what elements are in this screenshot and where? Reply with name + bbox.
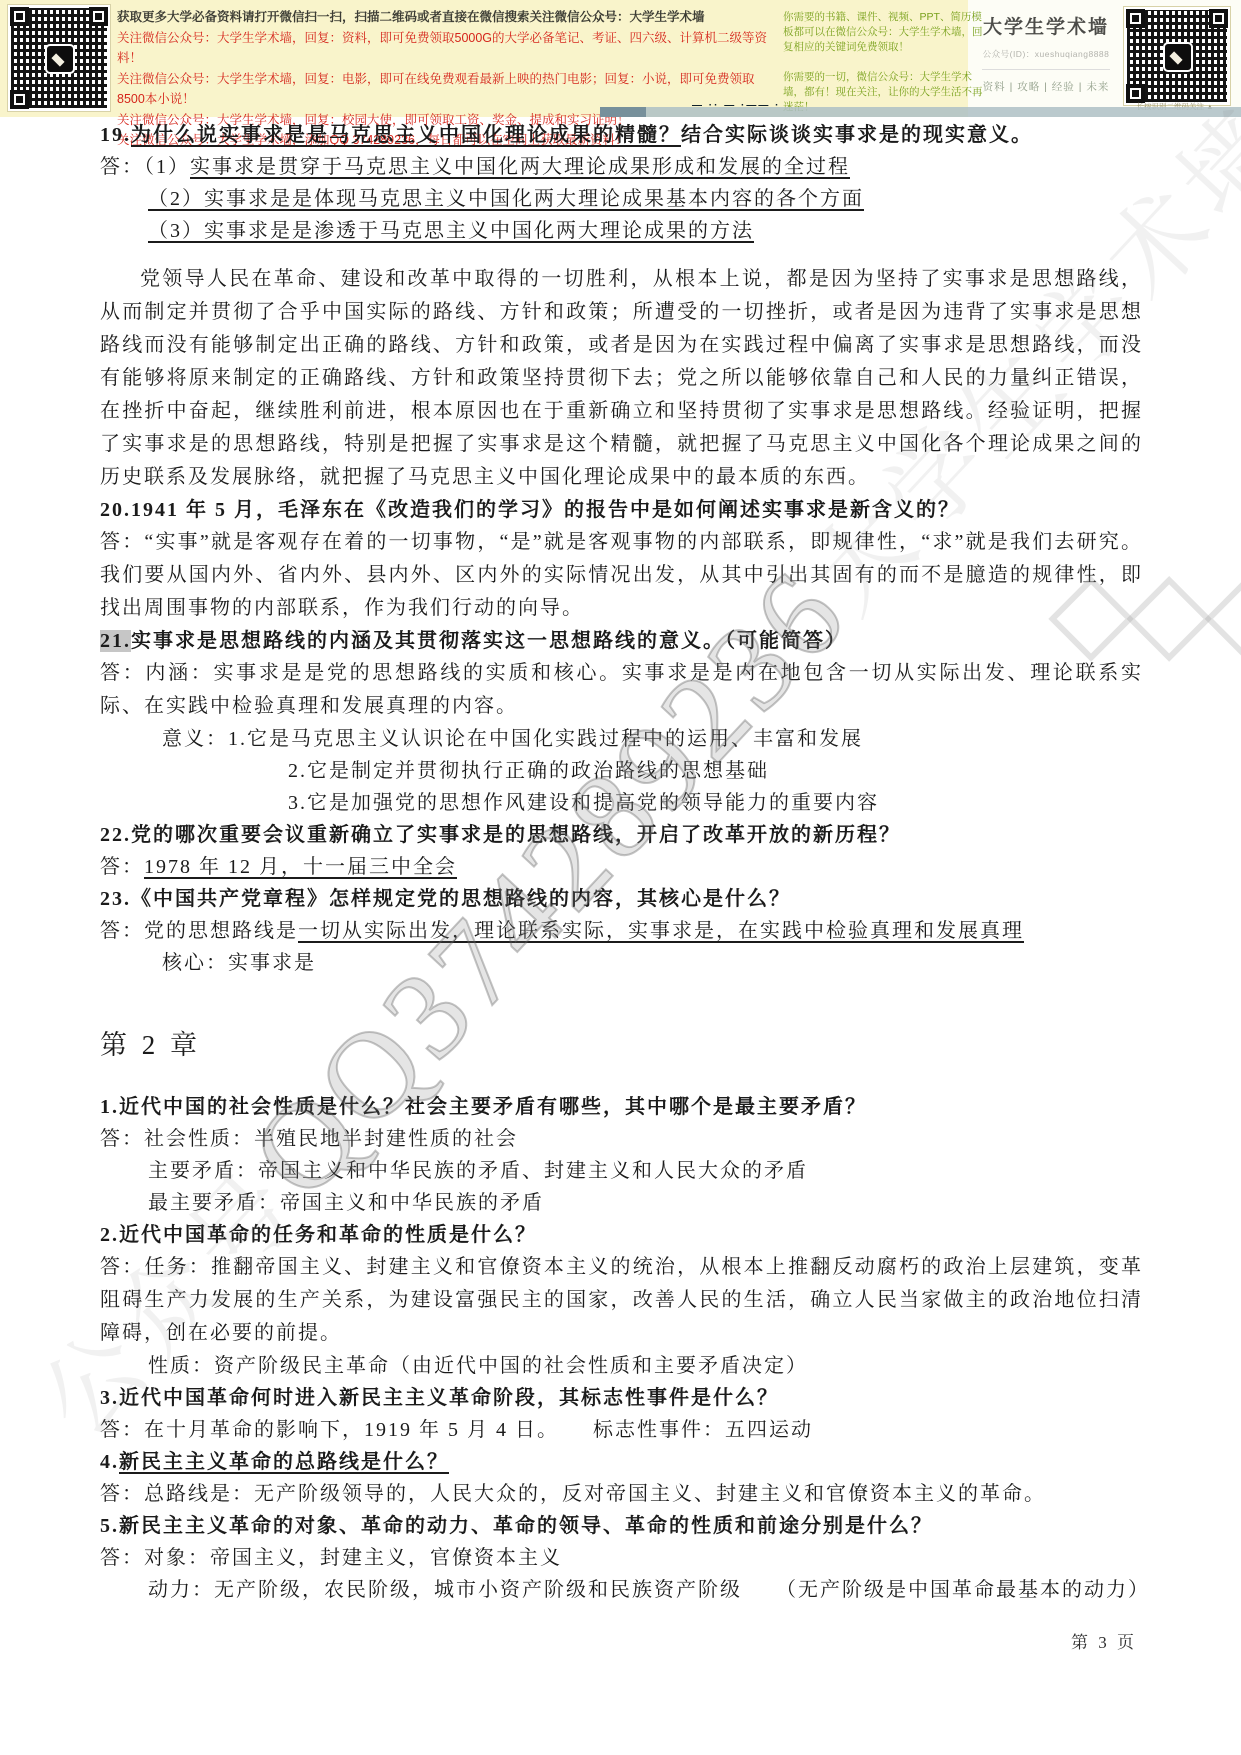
doc-line: 意义：1.它是马克思主义认识论在中国化实践过程中的运用、丰富和发展 [100,723,1143,755]
doc-line: 2.近代中国革命的任务和革命的性质是什么？ [100,1219,1143,1251]
spacer [100,247,1143,263]
doc-paragraph: 答：“实事”就是客观存在着的一切事物，“是”就是客观事物的内部联系，即规律性，“… [100,526,1143,625]
qr-finder-icon [10,90,29,109]
graduation-cap-logo-icon [1163,42,1193,72]
doc-line: 20.1941 年 5 月，毛泽东在《改造我们的学习》的报告中是如何阐述实事求是… [100,494,1143,526]
brand-tabs: 资料 | 攻略 | 经验 | 未来 [976,79,1116,94]
doc-line: 主要矛盾：帝国主义和中华民族的矛盾、封建主义和人民大众的矛盾 [100,1155,1143,1187]
doc-line: 答：党的思想路线是一切从实际出发，理论联系实际，实事求是，在实践中检验真理和发展… [100,915,1143,947]
doc-line: 21.实事求是思想路线的内涵及其贯彻落实这一思想路线的意义。（可能简答） [100,625,1143,657]
document-body: 19.为什么说实事求是是马克思主义中国化理论成果的精髓？结合实际谈谈实事求是的现… [100,119,1143,1606]
doc-line: 答：1978 年 12 月，十一届三中全会 [100,851,1143,883]
banner-green-line: 你需要的书籍、课件、视频、PPT、简历模板都可以在微信公众号：大学生学术墙，回复… [783,10,983,55]
divider [982,69,1110,70]
qr-code-left-icon [8,5,110,111]
doc-line: 2.它是制定并贯彻执行正确的政治路线的思想基础 [100,755,1143,787]
doc-line: 4.新民主主义革命的总路线是什么？ [100,1446,1143,1478]
doc-line: 1.近代中国的社会性质是什么？社会主要矛盾有哪些，其中哪个是最主要矛盾？ [100,1091,1143,1123]
doc-line: 5.新民主主义革命的对象、革命的动力、革命的领导、革命的性质和前途分别是什么？ [100,1510,1143,1542]
doc-line: 最主要矛盾：帝国主义和中华民族的矛盾 [100,1187,1143,1219]
doc-line: 性质：资产阶级民主革命（由近代中国的社会性质和主要矛盾决定） [100,1350,1143,1382]
document-page: 获取更多大学必备资料请打开微信扫一扫，扫描二维码或者直接在微信搜索关注微信公众号… [0,0,1241,1755]
qr-finder-icon [10,7,29,26]
doc-line: 23.《中国共产党章程》怎样规定党的思想路线的内容，其核心是什么？ [100,883,1143,915]
doc-line: 19.为什么说实事求是是马克思主义中国化理论成果的精髓？结合实际谈谈实事求是的现… [100,119,1143,151]
ad-banner: 获取更多大学必备资料请打开微信扫一扫，扫描二维码或者直接在微信搜索关注微信公众号… [0,0,1241,117]
doc-line: 答：社会性质：半殖民地半封建性质的社会 [100,1123,1143,1155]
banner-ad-line: 关注微信公众号：大学生学术墙，回复：电影，即可在线免费观看最新上映的热门电影；回… [117,69,777,110]
doc-line: 22.党的哪次重要会议重新确立了实事求是的思想路线，开启了改革开放的新历程？ [100,819,1143,851]
qr-finder-icon [1126,9,1145,28]
doc-paragraph: 答：任务：推翻帝国主义、封建主义和官僚资本主义的统治，从根本上推翻反动腐朽的政治… [100,1251,1143,1350]
doc-line: 核心：实事求是 [100,947,1143,979]
banner-dash-marks: — ·· — ·—— · [692,100,780,111]
banner-intro-line: 获取更多大学必备资料请打开微信扫一扫，扫描二维码或者直接在微信搜索关注微信公众号… [117,7,777,28]
doc-line: 动力：无产阶级，农民阶级，城市小资产阶级和民族资产阶级 （无产阶级是中国革命最基… [100,1574,1143,1606]
qr-finder-icon [89,7,108,26]
doc-line: 3.它是加强党的思想作风建设和提高党的领导能力的重要内容 [100,787,1143,819]
banner-bottom-strip-dark [600,107,646,117]
doc-line: 答：总路线是：无产阶级领导的，人民大众的，反对帝国主义、封建主义和官僚资本主义的… [100,1478,1143,1510]
page-number: 第 3 页 [1071,1628,1137,1653]
banner-ad-line: 关注微信公众号：大学生学术墙，回复：资料，即可免费领取5000G的大学必备笔记、… [117,28,777,69]
graduation-cap-logo-icon [45,44,75,74]
brand-card: 大学生学术墙 公众号(ID)：xueshuqiang8888 资料 | 攻略 |… [976,12,1116,94]
qr-finder-icon [1209,9,1228,28]
brand-title: 大学生学术墙 [976,12,1116,39]
chapter-heading: 第 2 章 [100,1025,1143,1065]
doc-paragraph: 党领导人民在革命、建设和改革中取得的一切胜利，从根本上说，都是因为坚持了实事求是… [100,263,1143,494]
doc-line: 答：对象：帝国主义，封建主义，官僚资本主义 [100,1542,1143,1574]
doc-line: （3）实事求是是渗透于马克思主义中国化两大理论成果的方法 [100,215,1143,247]
doc-paragraph: 答：内涵：实事求是是党的思想路线的实质和核心。实事求是是内在地包含一切从实际出发… [100,657,1143,723]
qr-code-right-icon [1124,7,1230,105]
doc-line: 3.近代中国革命何时进入新民主主义革命阶段，其标志性事件是什么？ [100,1382,1143,1414]
brand-subtitle: 公众号(ID)：xueshuqiang8888 [976,48,1116,60]
doc-line: 答：在十月革命的影响下，1919 年 5 月 4 日。 标志性事件：五四运动 [100,1414,1143,1446]
doc-line: 答：（1）实事求是贯穿于马克思主义中国化两大理论成果形成和发展的全过程 [100,151,1143,183]
doc-line: （2）实事求是是体现马克思主义中国化两大理论成果基本内容的各个方面 [100,183,1143,215]
banner-green-block: 你需要的书籍、课件、视频、PPT、简历模板都可以在微信公众号：大学生学术墙，回复… [783,10,983,115]
